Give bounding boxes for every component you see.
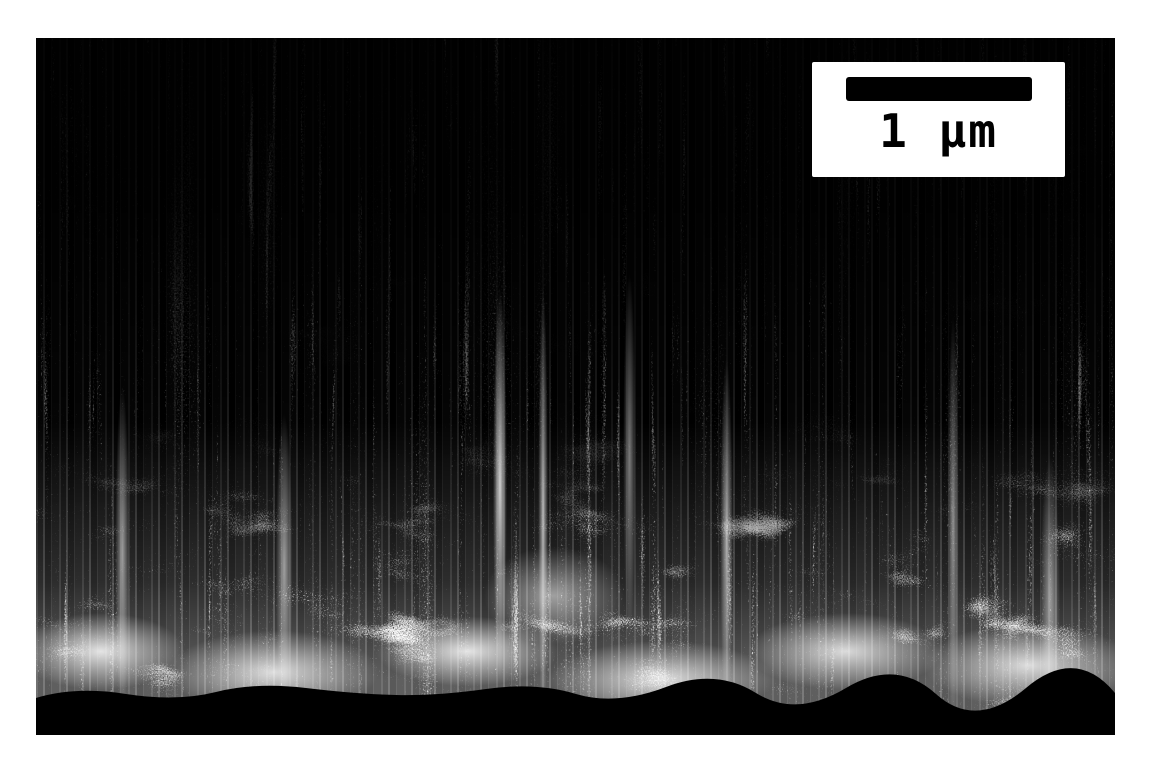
scale-bar-line (846, 77, 1032, 101)
sem-micrograph: 1 µm (36, 38, 1115, 735)
scale-bar-label: 1 µm (879, 106, 998, 157)
figure-page: 1 µm (0, 0, 1152, 781)
scale-bar: 1 µm (812, 62, 1065, 177)
